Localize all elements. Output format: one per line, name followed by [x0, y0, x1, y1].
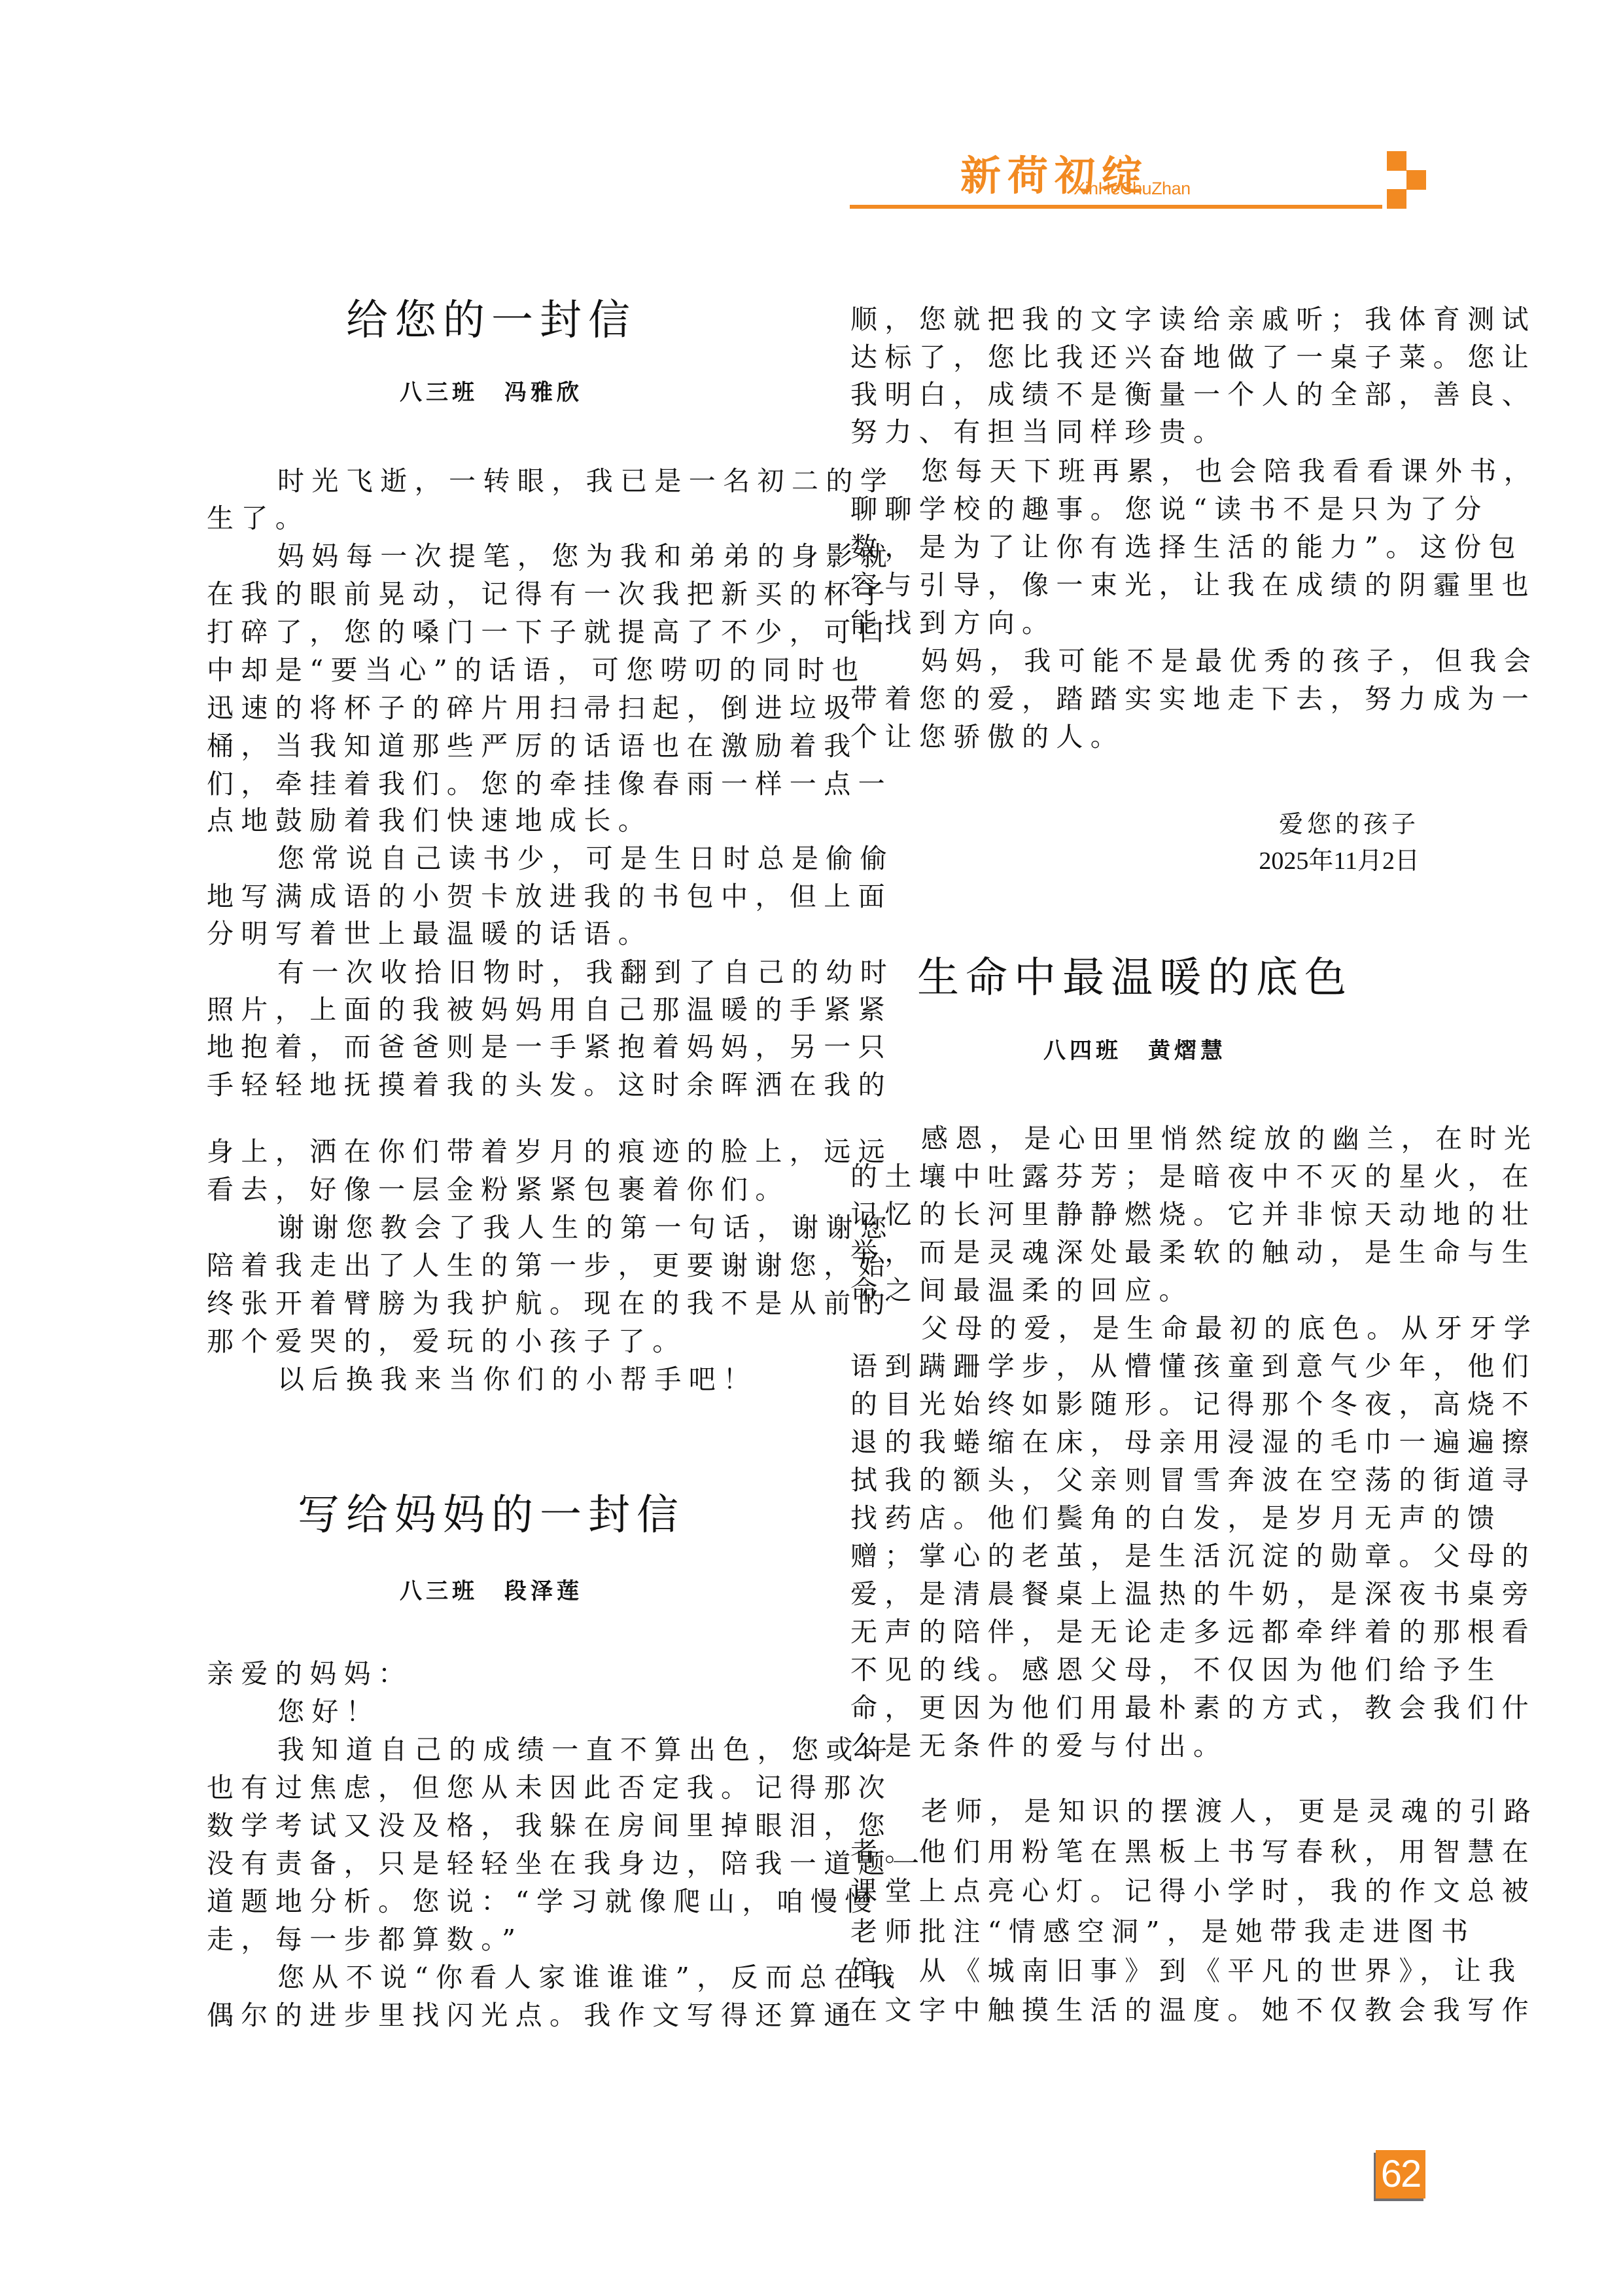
text-line: 偶尔的进步里找闪光点。我作文写得还算通 [207, 1999, 776, 2032]
text-line: 地抱着，而爸爸则是一手紧抱着妈妈，另一只 [207, 1031, 776, 1063]
text-line: 谢谢您教会了我人生的第一句话，谢谢您 [207, 1211, 776, 1244]
text-line: 不见的线。感恩父母，不仅因为他们给予生 [850, 1653, 1420, 1686]
text-line: 的目光始终如影随形。记得那个冬夜，高烧不 [850, 1388, 1420, 1421]
text-line: 无声的陪伴，是无论走多远都牵绊着的那根看 [850, 1616, 1420, 1648]
text-line: 桶，当我知道那些严厉的话语也在激励着我 [207, 730, 776, 762]
text-line: 数，是为了让你有选择生活的能力”。这份包 [850, 531, 1420, 563]
text-line: 您从不说“你看人家谁谁谁”，反而总在我 [207, 1961, 776, 1994]
text-line: 没有责备，只是轻轻坐在我身边，陪我一道题一 [207, 1847, 776, 1880]
text-line: 么是无条件的爱与付出。 [850, 1729, 1420, 1762]
text-line: 命之间最温柔的回应。 [850, 1274, 1420, 1307]
text-line: 聊聊学校的趣事。您说“读书不是只为了分 [850, 493, 1420, 525]
article-byline: 八四班 黄熠慧 [850, 1036, 1420, 1065]
text-line: 打碎了，您的嗓门一下子就提高了不少，可口 [207, 616, 776, 648]
article-title: 给您的一封信 [207, 294, 776, 347]
text-line: 者。他们用粉笔在黑板上书写春秋，用智慧在 [850, 1835, 1420, 1868]
text-line: 妈妈每一次提笔，您为我和弟弟的身影就 [207, 540, 776, 573]
text-line: 那个爱哭的，爱玩的小孩子了。 [207, 1325, 776, 1358]
text-line: 身上，洒在你们带着岁月的痕迹的脸上，远远 [207, 1135, 776, 1168]
text-line: 我知道自己的成绩一直不算出色，您或许 [207, 1733, 776, 1766]
text-line: 找药店。他们鬓角的白发，是岁月无声的馈 [850, 1502, 1420, 1534]
text-line: 您常说自己读书少，可是生日时总是偷偷 [207, 842, 776, 875]
text-line: 以后换我来当你们的小帮手吧！ [207, 1363, 776, 1396]
text-line: 数学考试又没及格，我躲在房间里掉眼泪，您 [207, 1809, 776, 1842]
text-line: 也有过焦虑，但您从未因此否定我。记得那次 [207, 1771, 776, 1804]
text-line: 能找到方向。 [850, 607, 1420, 639]
text-line: 顺，您就把我的文字读给亲戚听；我体育测试 [850, 303, 1420, 336]
text-line: 老师批注“情感空洞”，是她带我走进图书 [850, 1915, 1420, 1948]
text-line: 举，而是灵魂深处最柔软的触动，是生命与生 [850, 1236, 1420, 1269]
text-line: 爱，是清晨餐桌上温热的牛奶，是深夜书桌旁 [850, 1578, 1420, 1610]
right-column: 顺，您就把我的文字读给亲戚听；我体育测试 达标了，您比我还兴奋地做了一桌子菜。您… [850, 0, 1420, 2296]
text-line: 我明白，成绩不是衡量一个人的全部，善良、 [850, 378, 1420, 411]
text-line: 有一次收拾旧物时，我翻到了自己的幼时 [207, 956, 776, 989]
magazine-page: 新荷初绽 XinHeChuZhan 给您的一封信 八三班 冯雅欣 时光飞逝，一转… [0, 0, 1623, 2296]
text-line: 父母的爱，是生命最初的底色。从牙牙学 [850, 1312, 1420, 1345]
text-line: 记忆的长河里静静燃烧。它并非惊天动地的壮 [850, 1198, 1420, 1231]
text-line: 走，每一步都算数。” [207, 1923, 776, 1956]
text-line: 容与引导，像一束光，让我在成绩的阴霾里也 [850, 569, 1420, 601]
letter-signature: 爱您的孩子 [1279, 809, 1420, 839]
article-title: 写给妈妈的一封信 [207, 1489, 776, 1542]
text-line: 道题地分析。您说：“学习就像爬山，咱慢慢 [207, 1885, 776, 1918]
text-line: 课堂上点亮心灯。记得小学时，我的作文总被 [850, 1875, 1420, 1907]
text-line: 努力、有担当同样珍贵。 [850, 415, 1420, 448]
text-line: 亲爱的妈妈： [207, 1657, 776, 1690]
text-line: 老师，是知识的摆渡人，更是灵魂的引路 [850, 1795, 1420, 1828]
left-column: 给您的一封信 八三班 冯雅欣 时光飞逝，一转眼，我已是一名初二的学 生了。 妈妈… [207, 0, 776, 2296]
text-line: 个让您骄傲的人。 [850, 720, 1420, 753]
text-line: 感恩，是心田里悄然绽放的幽兰，在时光 [850, 1122, 1420, 1155]
text-line: 语到蹒跚学步，从懵懂孩童到意气少年，他们 [850, 1350, 1420, 1383]
text-line: 陪着我走出了人生的第一步，更要谢谢您，始 [207, 1249, 776, 1282]
text-line: 带着您的爱，踏踏实实地走下去，努力成为一 [850, 682, 1420, 715]
text-line: 时光飞逝，一转眼，我已是一名初二的学 [207, 465, 776, 497]
article-title: 生命中最温暖的底色 [850, 952, 1420, 1004]
text-line: 终张开着臂膀为我护航。现在的我不是从前的 [207, 1287, 776, 1320]
page-number: 62 [1376, 2150, 1425, 2199]
text-line: 达标了，您比我还兴奋地做了一桌子菜。您让 [850, 341, 1420, 374]
text-line: 迅速的将杯子的碎片用扫帚扫起，倒进垃圾 [207, 692, 776, 724]
text-line: 的土壤中吐露芬芳；是暗夜中不灭的星火，在 [850, 1160, 1420, 1193]
text-line: 在文字中触摸生活的温度。她不仅教会我写作 [850, 1994, 1420, 2026]
text-line: 您每天下班再累，也会陪我看看课外书， [850, 455, 1420, 487]
text-line: 馆，从《城南旧事》到《平凡的世界》，让我 [850, 1954, 1420, 1987]
text-line: 地写满成语的小贺卡放进我的书包中，但上面 [207, 880, 776, 913]
text-line: 点地鼓励着我们快速地成长。 [207, 804, 776, 837]
text-line: 看去，好像一层金粉紧紧包裹着你们。 [207, 1173, 776, 1206]
article-byline: 八三班 段泽莲 [207, 1577, 776, 1606]
text-line: 您好！ [207, 1695, 776, 1728]
text-line: 赠；掌心的老茧，是生活沉淀的勋章。父母的 [850, 1540, 1420, 1572]
text-line: 手轻轻地抚摸着我的头发。这时余晖洒在我的 [207, 1069, 776, 1101]
text-line: 命，更因为他们用最朴素的方式，教会我们什 [850, 1691, 1420, 1724]
text-line: 在我的眼前晃动，记得有一次我把新买的杯子 [207, 578, 776, 610]
text-line: 生了。 [207, 502, 776, 535]
text-line: 们，牵挂着我们。您的牵挂像春雨一样一点一 [207, 768, 776, 800]
text-line: 退的我蜷缩在床，母亲用浸湿的毛巾一遍遍擦 [850, 1426, 1420, 1458]
text-line: 中却是“要当心”的话语，可您唠叨的同时也 [207, 654, 776, 686]
text-line: 妈妈，我可能不是最优秀的孩子，但我会 [850, 645, 1420, 677]
text-line: 分明写着世上最温暖的话语。 [207, 917, 776, 950]
article-byline: 八三班 冯雅欣 [207, 378, 776, 407]
letter-date: 2025年11月2日 [1259, 846, 1420, 876]
text-line: 拭我的额头，父亲则冒雪奔波在空荡的街道寻 [850, 1464, 1420, 1496]
text-line: 照片，上面的我被妈妈用自己那温暖的手紧紧 [207, 993, 776, 1026]
